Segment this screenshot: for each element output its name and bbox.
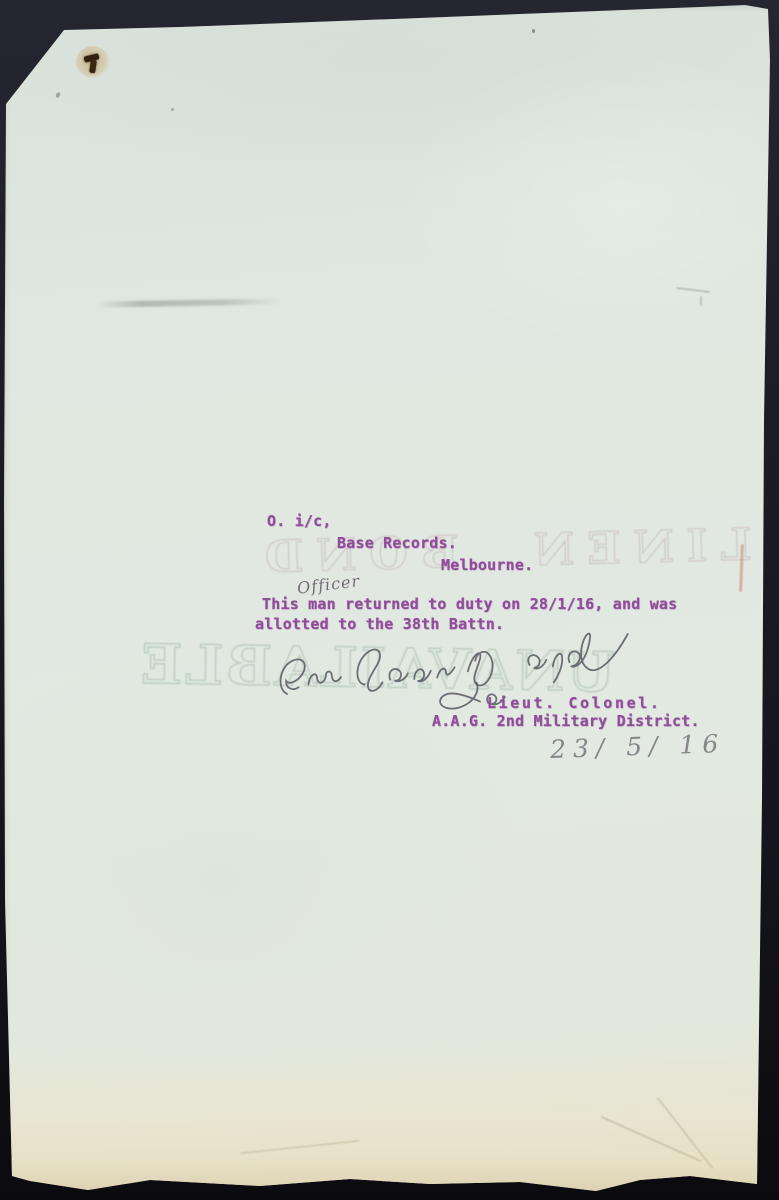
- unit-line: A.A.G. 2nd Military District.: [432, 714, 700, 729]
- scan-background: LINEN BOND UNAVAILABLE O. i/c, Base Reco…: [0, 0, 779, 1200]
- aged-bottom-edge: [0, 1050, 779, 1200]
- recipient-line-melbourne: Melbourne.: [441, 558, 533, 573]
- paper-speck: [532, 29, 535, 33]
- recipient-line-base-records: Base Records.: [337, 536, 457, 551]
- document-page: LINEN BOND UNAVAILABLE O. i/c, Base Reco…: [0, 0, 779, 1200]
- paper-speck: [55, 91, 61, 98]
- pencil-smudge: [96, 298, 281, 307]
- crease-mark: [676, 287, 710, 293]
- crease-mark: [700, 296, 702, 306]
- rank-line: Lieut. Colonel.: [487, 696, 661, 711]
- paper-speck: [171, 108, 174, 111]
- handwritten-date: 23/ 5/ 16: [550, 729, 726, 764]
- recipient-line-oic: O. i/c,: [267, 514, 332, 529]
- body-line-1: This man returned to duty on 28/1/16, an…: [262, 597, 677, 612]
